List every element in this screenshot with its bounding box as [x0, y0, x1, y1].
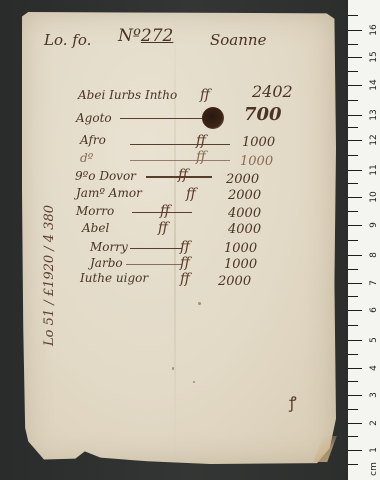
- ruler-tick: [348, 354, 358, 355]
- number-value: 272: [141, 26, 173, 46]
- ruler-tick: [348, 310, 362, 311]
- entry-value: 4000: [228, 207, 261, 220]
- ruler-label: 3: [369, 387, 379, 403]
- ruler-tick: [348, 85, 362, 86]
- ruler-tick: [348, 155, 358, 156]
- ruler-label: 15: [369, 49, 379, 65]
- entry-mark: ff: [158, 221, 168, 235]
- ruler-label: 6: [369, 302, 379, 318]
- ruler-label: 5: [369, 332, 379, 348]
- entry-mark: ff: [180, 272, 190, 286]
- ruler-label: 10: [369, 189, 379, 205]
- ruler-tick: [348, 381, 358, 382]
- entry-leader-line: [126, 264, 182, 265]
- ruler-tick: [348, 140, 362, 141]
- ruler-tick: [348, 183, 358, 184]
- ruler-tick: [348, 211, 358, 212]
- entry-mark: ff: [180, 240, 190, 254]
- entry-name: Jarbo: [90, 257, 123, 269]
- ruler-tick: [348, 197, 362, 198]
- entry-value: 2402: [252, 84, 293, 100]
- ruler-tick: [348, 57, 362, 58]
- ruler-label: 14: [369, 77, 379, 93]
- entry-name: Agoto: [76, 112, 112, 124]
- ruler-label: 16: [369, 22, 379, 38]
- entry-mark: ff: [178, 168, 188, 182]
- ruler-tick: [348, 225, 362, 226]
- ruler-tick: [348, 115, 362, 116]
- ruler-tick: [348, 240, 358, 241]
- ink-blot: [202, 107, 224, 129]
- entry-value: 2000: [228, 189, 261, 202]
- ruler-tick: [348, 127, 358, 128]
- paper-stain: [172, 367, 174, 370]
- entry-mark: ff: [196, 150, 206, 164]
- ruler-tick: [348, 283, 362, 284]
- ruler-tick: [348, 255, 362, 256]
- ruler-tick: [348, 170, 362, 171]
- entry-mark: ff: [200, 88, 210, 102]
- entry-value: 1000: [242, 136, 275, 149]
- entry-name: dº: [80, 152, 93, 164]
- entry-name: Jamº Amor: [76, 187, 142, 199]
- entry-mark: ff: [196, 134, 206, 148]
- entry-value: 1000: [224, 242, 257, 255]
- ruler-unit-label: cm: [369, 461, 379, 477]
- ruler-label: 7: [369, 275, 379, 291]
- entry-leader-line: [130, 144, 230, 145]
- scale-ruler: 16 15 14 13 12 11 10 9 8 7 6 5 4 3 2 1 c…: [348, 0, 380, 480]
- ruler-tick: [348, 100, 358, 101]
- ruler-tick: [348, 296, 358, 297]
- entry-name: Morry: [90, 241, 128, 253]
- entry-value: 700: [244, 106, 282, 124]
- ruler-label: 4: [369, 360, 379, 376]
- ruler-label: 11: [369, 162, 379, 178]
- ruler-tick: [348, 340, 362, 341]
- entry-mark: ff: [180, 256, 190, 270]
- entry-mark: ff: [186, 187, 196, 201]
- header-folio-note: Lo. fo.: [44, 33, 91, 48]
- entry-value: 2000: [218, 275, 251, 288]
- entry-name: Abel: [82, 222, 109, 234]
- ruler-label: 2: [369, 415, 379, 431]
- paper-fold-line: [174, 12, 176, 462]
- ruler-tick: [348, 464, 358, 465]
- ruler-tick: [348, 409, 358, 410]
- ruler-tick: [348, 368, 362, 369]
- ruler-tick: [348, 15, 358, 16]
- margin-note: Lo 51 / £1920 / 4 380: [42, 205, 57, 346]
- ruler-label: 8: [369, 247, 379, 263]
- ruler-tick: [348, 395, 362, 396]
- document-number: Nº272: [118, 28, 173, 45]
- ruler-tick: [348, 71, 358, 72]
- stray-ink-mark: ꝭ: [289, 395, 297, 411]
- entry-name: Iuthe uigor: [80, 272, 148, 284]
- entry-value: 1000: [224, 258, 257, 271]
- ruler-label: 1: [369, 442, 379, 458]
- ruler-label: 9: [369, 217, 379, 233]
- entry-mark: ff: [160, 204, 170, 218]
- ruler-tick: [348, 269, 358, 270]
- ruler-tick: [348, 325, 358, 326]
- paper-stain: [198, 302, 201, 305]
- entry-name: 9ºo Dovor: [75, 170, 136, 182]
- ruler-tick: [348, 30, 362, 31]
- entry-value: 1000: [240, 155, 273, 168]
- ruler-label: 13: [369, 107, 379, 123]
- entry-leader-line: [120, 118, 205, 119]
- number-prefix: Nº: [118, 26, 141, 46]
- ruler-tick: [348, 44, 358, 45]
- entry-leader-line: [130, 248, 182, 249]
- entry-value: 2000: [226, 173, 259, 186]
- ruler-tick: [348, 436, 358, 437]
- entry-value: 4000: [228, 223, 261, 236]
- ruler-tick: [348, 423, 362, 424]
- ruler-tick: [348, 450, 362, 451]
- entry-leader-line: [130, 160, 230, 161]
- document-name: Soanne: [210, 33, 266, 48]
- entry-name: Morro: [76, 205, 114, 217]
- entry-name: Abei Iurbs Intho: [78, 89, 177, 101]
- paper-stain: [193, 381, 195, 383]
- entry-name: Afro: [80, 134, 106, 146]
- ruler-label: 12: [369, 132, 379, 148]
